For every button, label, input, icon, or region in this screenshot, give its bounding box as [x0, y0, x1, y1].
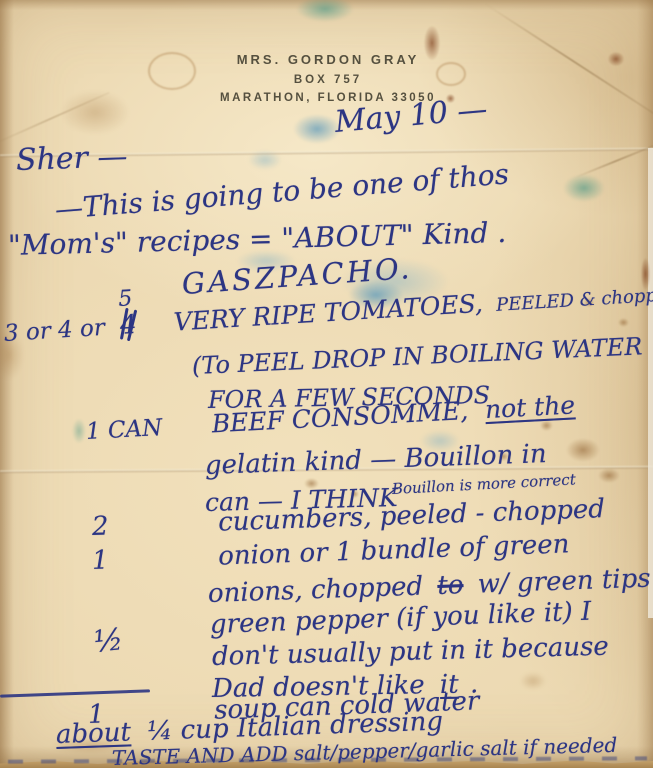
corner-crease-top-right-2: [574, 143, 653, 179]
recipe-title: GASZPACHO.: [181, 254, 413, 299]
consomme-qty: 1 CAN: [85, 415, 204, 444]
consomme-underlined: not the: [484, 390, 575, 424]
age-stain: [608, 52, 624, 66]
corner-crease-top-right: [484, 3, 653, 119]
pepper-line-2: don't usually put in it because: [212, 634, 609, 670]
age-stain: [618, 318, 629, 327]
consomme-line-2: gelatin kind — Bouillon in: [205, 441, 547, 479]
torn-right-edge: [648, 148, 653, 618]
intro-line-2: "Mom's" recipes = "ABOUT" Kind .: [8, 219, 507, 260]
margin-separator-line: [0, 689, 150, 697]
greeting: Sher —: [15, 142, 127, 176]
tomatoes-note-1: (To PEEL DROP IN BOILING WATER: [191, 334, 642, 378]
letterhead-box: BOX 757: [163, 74, 493, 86]
ink-stain: [296, 0, 354, 22]
pepper-qty: ½: [92, 625, 124, 658]
ink-stain: [248, 150, 282, 170]
letter-page: MRS. GORDON GRAY BOX 757 MARATHON, FLORI…: [0, 0, 653, 768]
age-stain: [598, 468, 620, 483]
tomatoes-text-tail: PEELED & chopped: [496, 284, 653, 316]
onion-line2-post: w/ green tips .: [477, 563, 653, 600]
letterhead-name: MRS. GORDON GRAY: [163, 52, 493, 67]
struck-quantity: 4 5: [117, 312, 139, 339]
ink-stain: [563, 174, 605, 202]
ink-stain: [72, 418, 86, 444]
age-stain: [60, 90, 130, 135]
tomatoes-qty: 3 or 4 or: [3, 315, 105, 347]
struck-word: to: [437, 570, 464, 601]
revised-quantity: 5: [118, 288, 133, 311]
onion-qty: 1: [92, 544, 211, 574]
age-stain: [520, 672, 546, 690]
ingredient-onion: 1 onion or 1 bundle of green: [92, 531, 570, 574]
age-stain: [566, 438, 600, 462]
consomme-aside: Bouillon is more correct: [392, 472, 577, 497]
cucumbers-qty: 2: [92, 510, 211, 540]
corner-crease-top-left: [0, 92, 110, 147]
age-stain: [540, 420, 553, 431]
